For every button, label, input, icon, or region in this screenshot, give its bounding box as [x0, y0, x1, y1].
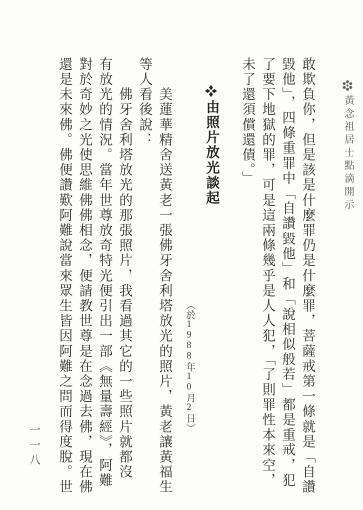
- text-column: 了要下地獄的罪，可是這兩條幾乎是人人犯，「了則罪性本來空，: [257, 57, 277, 503]
- running-head-title: 黃念祖居士點滴開示: [342, 95, 353, 212]
- text-column: 佛牙舍利塔放光的那張照片，我看過其它的一些照片就都沒: [114, 57, 134, 503]
- body-text: 敢欺負你，但是該是什麼罪仍是什麼罪，菩薩戒第一條就是「自讚 毀他」，四條重罪中「…: [54, 57, 317, 503]
- section-date: （於1988年10月2日）: [182, 57, 195, 503]
- section-title: 由照片放光談起: [204, 100, 219, 206]
- text-column: 對於奇妙之光使思維佛佛相念，便請教世尊是在念過去佛，現在佛: [74, 57, 94, 503]
- text-column: 還是未來佛。佛便讚歎阿難說當來眾生皆因阿難之問而得度脫。世: [54, 57, 74, 503]
- diamond-cluster-icon: [205, 85, 217, 97]
- text-column: 有放光的情況。當年世尊放奇特光便引出一部《無量壽經》，阿難: [94, 57, 114, 503]
- book-page: 黃念祖居士點滴開示 敢欺負你，但是該是什麼罪仍是什麼罪，菩薩戒第一條就是「自讚 …: [0, 0, 363, 510]
- section-heading: 由照片放光談起: [201, 57, 221, 503]
- text-column: 未了還須償還債。」: [237, 57, 257, 503]
- running-head: 黃念祖居士點滴開示: [340, 80, 354, 212]
- page-number: 一一八: [26, 424, 42, 469]
- text-column: 敢欺負你，但是該是什麼罪仍是什麼罪，菩薩戒第一條就是「自讚: [297, 57, 317, 503]
- lotus-flower-icon: [342, 80, 353, 91]
- text-column: 等人看後說：: [134, 57, 154, 503]
- text-column: 美蓮華精舍送黃老一張佛牙舍利塔放光的照片，黃老讓黃福生: [154, 57, 174, 503]
- text-column: 毀他」，四條重罪中「自讚毀他」和「說相似般若」都是重戒，犯: [277, 57, 297, 503]
